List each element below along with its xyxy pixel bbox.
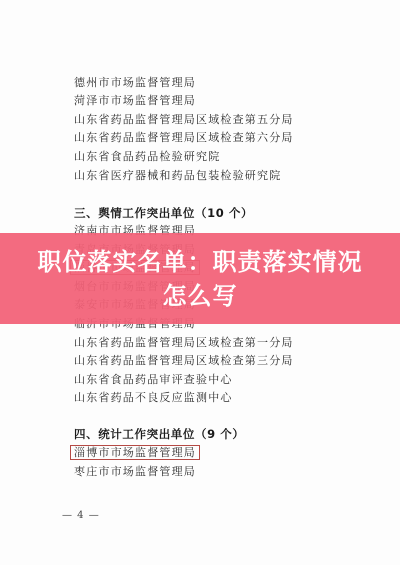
list-item: 山东省食品药品审评查验中心 [74, 373, 233, 387]
highlighted-list-item: 淄博市市场监督管理局 [70, 445, 200, 460]
title-banner: 职位落实名单：职责落实情况怎么写 [0, 233, 400, 324]
list-item: 山东省药品监督管理局区域检查第六分局 [74, 131, 294, 145]
list-item: 德州市市场监督管理局 [74, 76, 196, 90]
list-item: 山东省医疗器械和药品包装检验研究院 [74, 169, 281, 183]
page-number: — 4 — [62, 510, 100, 521]
list-item: 山东省药品监督管理局区域检查第三分局 [74, 354, 294, 368]
list-item: 山东省药品监督管理局区域检查第一分局 [74, 336, 294, 350]
list-item: 山东省药品监督管理局区域检查第五分局 [74, 113, 294, 127]
list-item: 山东省食品药品检验研究院 [74, 150, 220, 164]
list-item: 枣庄市市场监督管理局 [74, 465, 196, 479]
section-heading-4: 四、统计工作突出单位（9 个） [74, 427, 245, 441]
list-item: 山东省药品不良反应监测中心 [74, 391, 233, 405]
list-item: 菏泽市市场监督管理局 [74, 94, 196, 108]
section-heading-3: 三、舆情工作突出单位（10 个） [74, 206, 253, 220]
banner-title: 职位落实名单：职责落实情况怎么写 [35, 245, 365, 313]
